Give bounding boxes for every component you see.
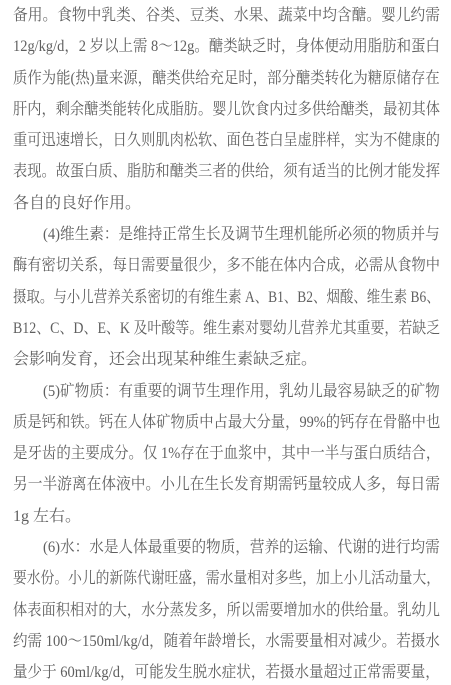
paragraph: (6)水：水是人体最重要的物质，营养的运输、代谢的进行均需 要水份。小儿的新陈代… [13,532,440,685]
text-line-content: 1g 左右。 [13,501,81,532]
text-line: 量少于 60ml/kg/d，可能发生脱水症状，若摄水量超过正常需要量， [13,657,440,685]
text-line: (6)水：水是人体最重要的物质，营养的运输、代谢的进行均需 [13,532,440,563]
text-line: 约需 100～150ml/kg/d，随着年龄增长，水需要量相对减少。若摄水 [13,626,440,657]
text-line-content: 肝内，剩余醣类能转化成脂肪。婴儿饮食内过多供给醣类，最初其体 [13,94,440,125]
text-line-content: 各自的良好作用。 [13,188,141,219]
text-line: 另一半游离在体液中。小儿在生长发育期需钙量较成人多，每日需 [13,469,440,500]
text-line-content: 另一半游离在体液中。小儿在生长发育期需钙量较成人多，每日需 [13,469,440,500]
text-line-content: 会影响发育，还会出现某种维生素缺乏症。 [13,344,317,375]
text-line-content: 表现。故蛋白质、脂肪和醣类三者的供给，须有适当的比例才能发挥 [13,156,440,187]
text-line-content: 是牙齿的主要成分。仅 1%存在于血浆中，其中一半与蛋白质结合， [13,438,440,469]
paragraph: 备用。食物中乳类、谷类、豆类、水果、蔬菜中均含醣。婴儿约需 12g/kg/d，2… [13,0,440,219]
text-line: 质作为能(热)量来源，醣类供给充足时，部分醣类转化为糖原储存在 [13,63,440,94]
text-line-content: (6)水：水是人体最重要的物质，营养的运输、代谢的进行均需 [43,532,440,563]
text-line: 1g 左右。 [13,501,440,532]
text-line: 重可迅速增长，日久则肌肉松软、面色苍白呈虚胖样，实为不健康的 [13,125,440,156]
text-line-content: (5)矿物质：有重要的调节生理作用，乳幼儿最容易缺乏的矿物 [43,376,440,407]
text-line: 质是钙和铁。钙在人体矿物质中占最大分量，99%的钙存在骨骼中也 [13,407,440,438]
text-line-content: B12、C、D、E、K 及叶酸等。维生素对婴幼儿营养尤其重要，若缺乏 [13,313,440,344]
paragraph: (4)维生素：是维持正常生长及调节生理机能所必须的物质并与 酶有密切关系，每日需… [13,219,440,375]
text-line: 肝内，剩余醣类能转化成脂肪。婴儿饮食内过多供给醣类，最初其体 [13,94,440,125]
text-line-content: 体表面积相对的大，水分蒸发多，所以需要增加水的供给量。乳幼儿 [13,595,440,626]
text-line: 体表面积相对的大，水分蒸发多，所以需要增加水的供给量。乳幼儿 [13,595,440,626]
text-line: 是牙齿的主要成分。仅 1%存在于血浆中，其中一半与蛋白质结合， [13,438,440,469]
document-page: 备用。食物中乳类、谷类、豆类、水果、蔬菜中均含醣。婴儿约需 12g/kg/d，2… [13,0,440,685]
text-line-content: 质是钙和铁。钙在人体矿物质中占最大分量，99%的钙存在骨骼中也 [13,407,440,438]
text-line: 会影响发育，还会出现某种维生素缺乏症。 [13,344,440,375]
text-line: B12、C、D、E、K 及叶酸等。维生素对婴幼儿营养尤其重要，若缺乏 [13,313,440,344]
text-line: (5)矿物质：有重要的调节生理作用，乳幼儿最容易缺乏的矿物 [13,376,440,407]
text-line-content: 质作为能(热)量来源，醣类供给充足时，部分醣类转化为糖原储存在 [13,63,440,94]
text-line-content: 约需 100～150ml/kg/d，随着年龄增长，水需要量相对减少。若摄水 [13,626,440,657]
text-line: 12g/kg/d，2 岁以上需 8～12g。醣类缺乏时，身体便动用脂肪和蛋白 [13,31,440,62]
text-line: (4)维生素：是维持正常生长及调节生理机能所必须的物质并与 [13,219,440,250]
text-line-content: 12g/kg/d，2 岁以上需 8～12g。醣类缺乏时，身体便动用脂肪和蛋白 [13,31,440,62]
text-line-content: 酶有密切关系，每日需要量很少，多不能在体内合成，必需从食物中 [13,250,440,281]
text-line: 表现。故蛋白质、脂肪和醣类三者的供给，须有适当的比例才能发挥 [13,156,440,187]
text-line: 备用。食物中乳类、谷类、豆类、水果、蔬菜中均含醣。婴儿约需 [13,0,440,31]
text-line: 要水份。小儿的新陈代谢旺盛，需水量相对多些，加上小儿活动量大， [13,563,440,594]
text-line-content: 要水份。小儿的新陈代谢旺盛，需水量相对多些，加上小儿活动量大， [13,563,440,594]
text-line: 摄取。与小儿营养关系密切的有维生素 A、B1、B2、烟酸、维生素 B6、 [13,282,440,313]
text-line: 各自的良好作用。 [13,188,440,219]
paragraph: (5)矿物质：有重要的调节生理作用，乳幼儿最容易缺乏的矿物 质是钙和铁。钙在人体… [13,376,440,532]
text-line-content: 摄取。与小儿营养关系密切的有维生素 A、B1、B2、烟酸、维生素 B6、 [13,282,440,313]
text-line-content: 备用。食物中乳类、谷类、豆类、水果、蔬菜中均含醣。婴儿约需 [13,0,440,31]
text-line-content: 量少于 60ml/kg/d，可能发生脱水症状，若摄水量超过正常需要量， [13,657,440,685]
text-line-content: (4)维生素：是维持正常生长及调节生理机能所必须的物质并与 [43,219,440,250]
text-line-content: 重可迅速增长，日久则肌肉松软、面色苍白呈虚胖样，实为不健康的 [13,125,440,156]
text-line: 酶有密切关系，每日需要量很少，多不能在体内合成，必需从食物中 [13,250,440,281]
